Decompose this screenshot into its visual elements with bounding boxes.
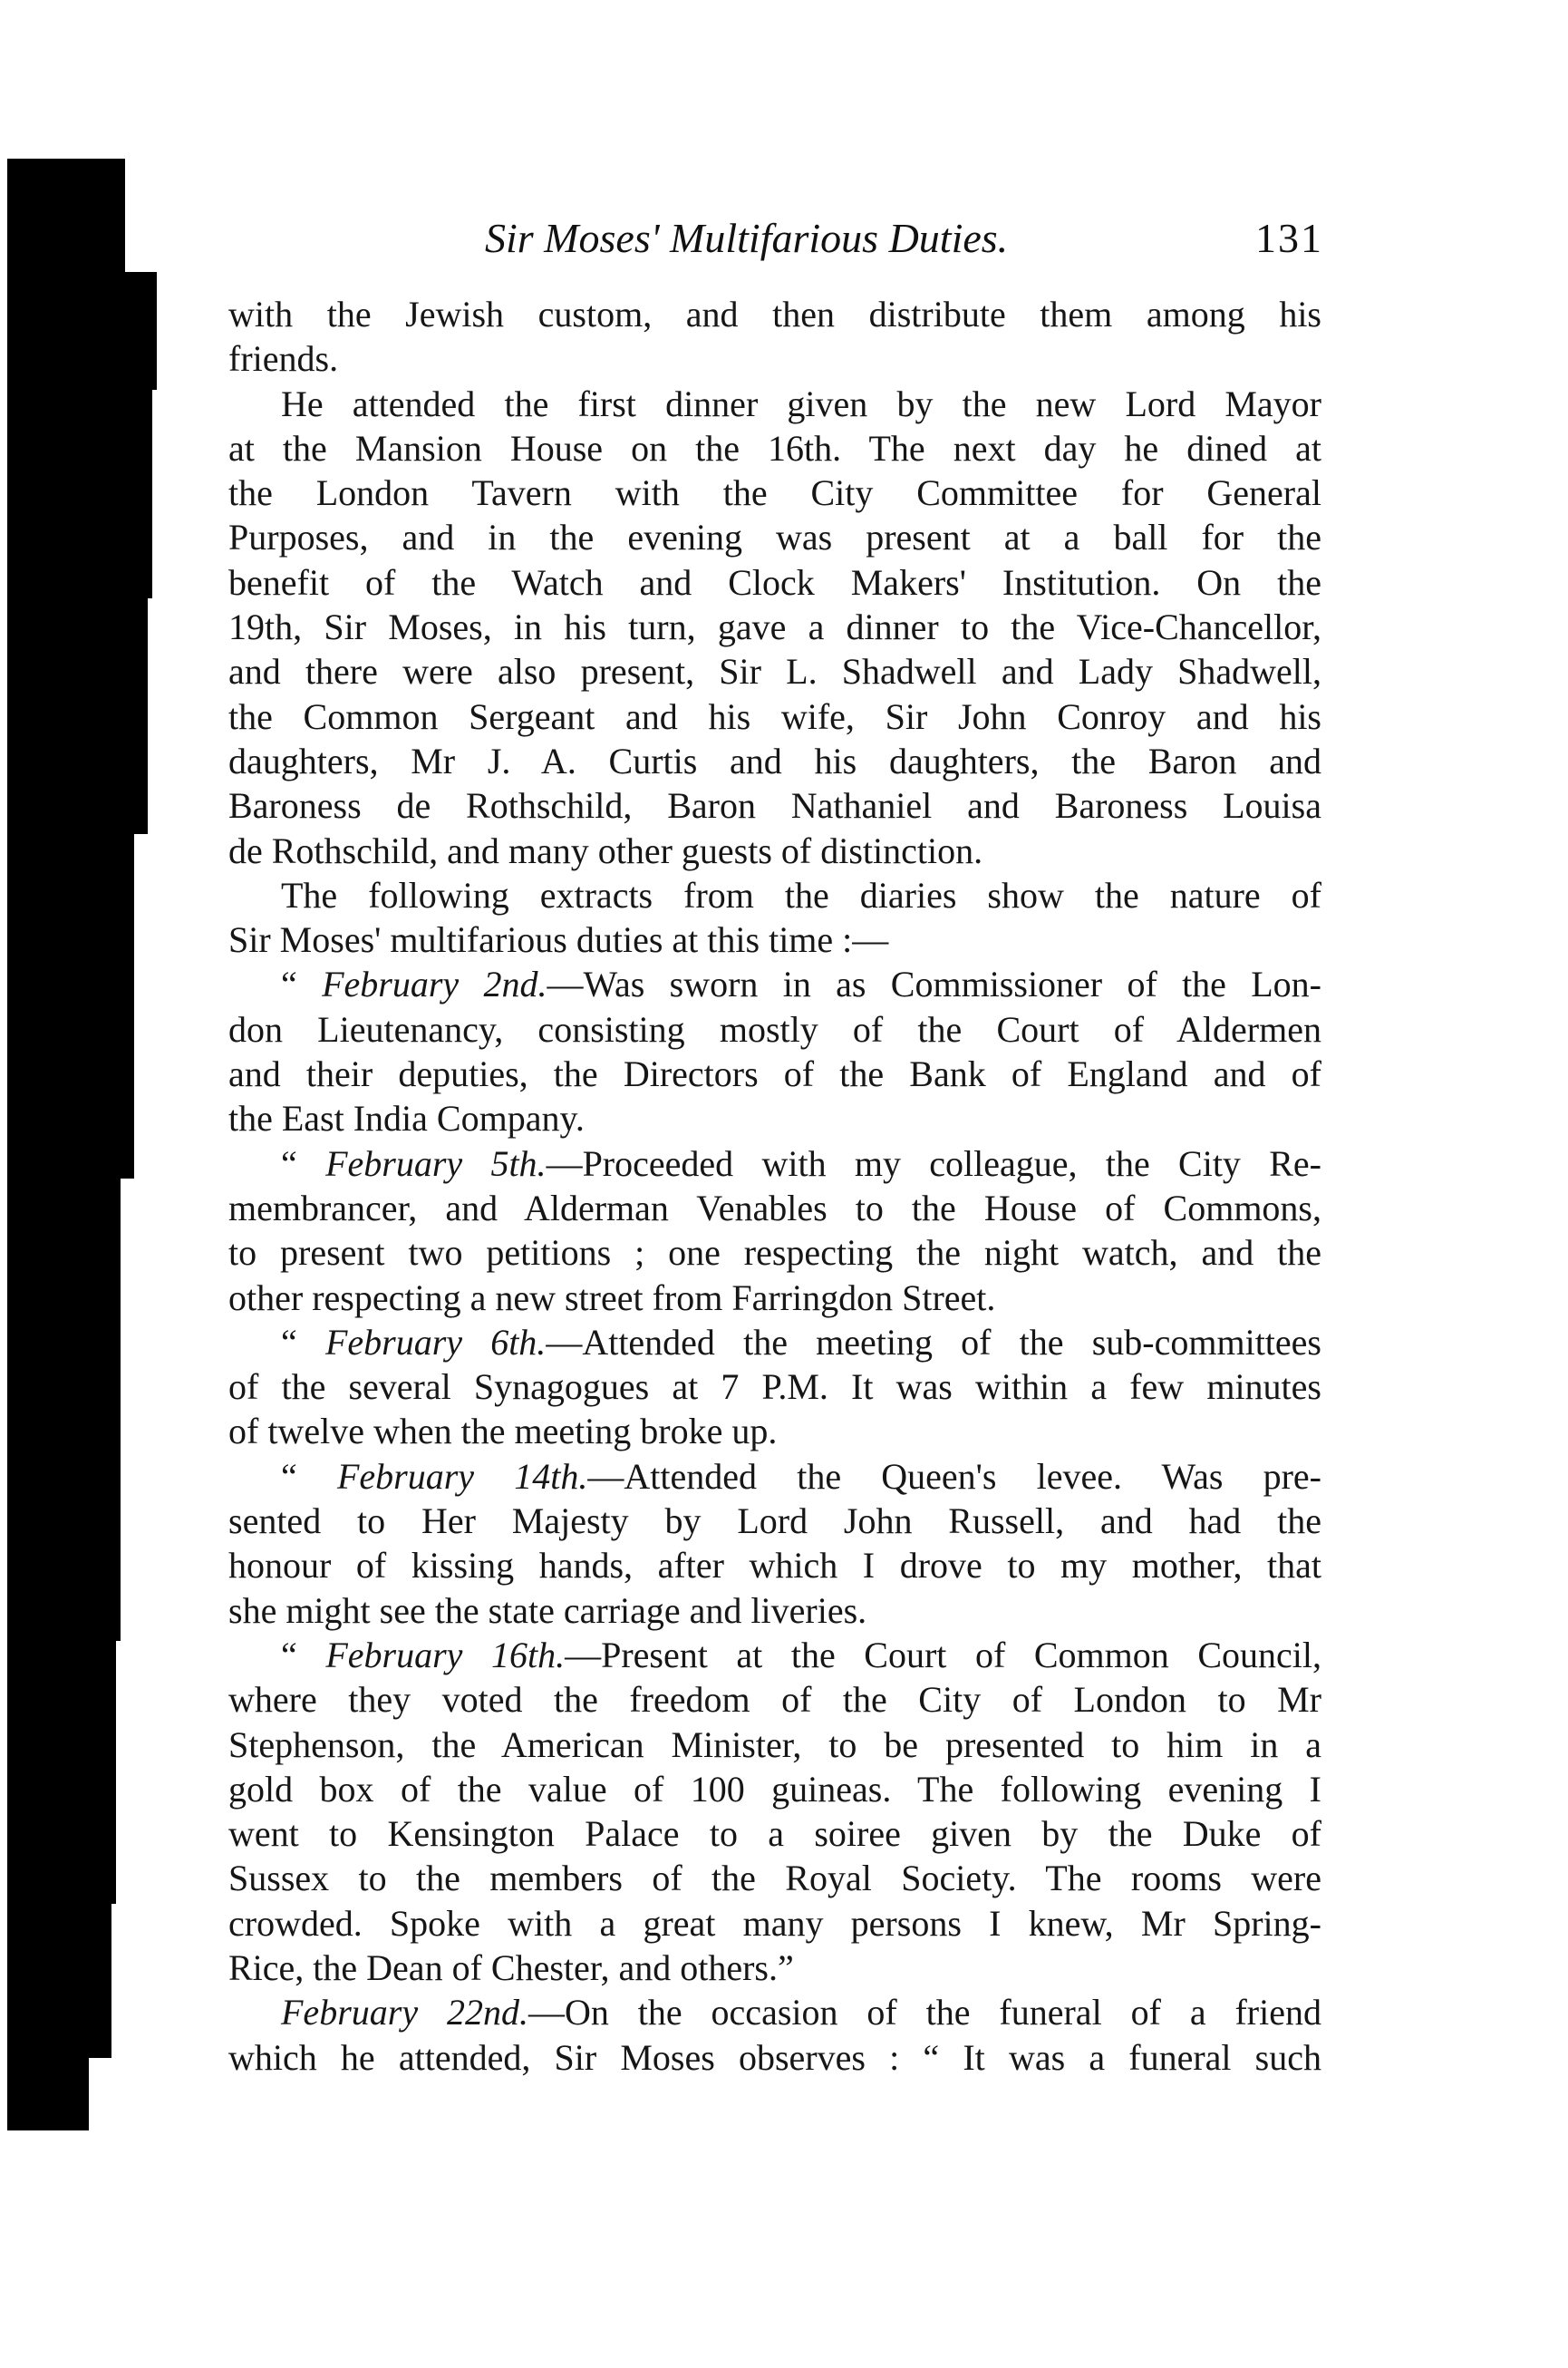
diary-entry-line: “ February 2nd.—Was sworn in as Commissi… (228, 962, 1321, 1006)
diary-date: February 22nd. (281, 1992, 528, 2033)
page-header: Sir Moses' Multifarious Duties. 131 (227, 214, 1323, 265)
diary-date: February 2nd. (322, 964, 547, 1004)
diary-entry-line: “ February 5th.—Proceeded with my collea… (228, 1141, 1321, 1186)
text-line: Rice, the Dean of Chester, and others.” (228, 1946, 1321, 1990)
text-line: at the Mansion House on the 16th. The ne… (228, 426, 1321, 471)
text-line: the London Tavern with the City Committe… (228, 471, 1321, 515)
text-line: friends. (228, 336, 1321, 381)
text-line: honour of kissing hands, after which I d… (228, 1543, 1321, 1587)
text-line: Baroness de Rothschild, Baron Nathaniel … (228, 783, 1321, 828)
text-line: she might see the state carriage and liv… (228, 1588, 1321, 1633)
text-line: daughters, Mr J. A. Curtis and his daugh… (228, 739, 1321, 783)
diary-entry-line: “ February 6th.—Attended the meeting of … (228, 1320, 1321, 1364)
text-line: 19th, Sir Moses, in his turn, gave a din… (228, 605, 1321, 649)
text-line: sented to Her Majesty by Lord John Russe… (228, 1499, 1321, 1543)
text-line: went to Kensington Palace to a soiree gi… (228, 1811, 1321, 1856)
diary-date: February 16th. (325, 1635, 565, 1675)
text-line: other respecting a new street from Farri… (228, 1276, 1321, 1320)
text-line: and there were also present, Sir L. Shad… (228, 649, 1321, 694)
text-line: of twelve when the meeting broke up. (228, 1409, 1321, 1453)
text-line: of the several Synagogues at 7 P.M. It w… (228, 1364, 1321, 1409)
diary-entry-line: February 22nd.—On the occasion of the fu… (228, 1990, 1321, 2034)
page-body: with the Jewish custom, and then distrib… (228, 292, 1321, 2080)
text-line: and their deputies, the Directors of the… (228, 1052, 1321, 1096)
diary-date: February 5th. (325, 1143, 547, 1184)
text-line: don Lieutenancy, consisting mostly of th… (228, 1007, 1321, 1052)
diary-entry-line: “ February 14th.—Attended the Queen's le… (228, 1454, 1321, 1499)
diary-date: February 6th. (325, 1322, 546, 1363)
text-line: membrancer, and Alderman Venables to the… (228, 1186, 1321, 1230)
text-line: Stephenson, the American Minister, to be… (228, 1723, 1321, 1767)
diary-entry-line: “ February 16th.—Present at the Court of… (228, 1633, 1321, 1677)
running-title: Sir Moses' Multifarious Duties. (485, 214, 1008, 262)
text-line: with the Jewish custom, and then distrib… (228, 292, 1321, 336)
diary-date: February 14th. (337, 1456, 587, 1497)
text-line: de Rothschild, and many other guests of … (228, 829, 1321, 873)
text-line: Purposes, and in the evening was present… (228, 515, 1321, 559)
text-line: He attended the first dinner given by th… (228, 382, 1321, 426)
page-number: 131 (1255, 214, 1323, 262)
text-line: which he attended, Sir Moses observes : … (228, 2035, 1321, 2080)
text-line: to present two petitions ; one respectin… (228, 1230, 1321, 1275)
text-line: the East India Company. (228, 1096, 1321, 1140)
text-line: crowded. Spoke with a great many persons… (228, 1901, 1321, 1946)
text-line: the Common Sergeant and his wife, Sir Jo… (228, 694, 1321, 739)
text-line: The following extracts from the diaries … (228, 873, 1321, 917)
text-line: where they voted the freedom of the City… (228, 1677, 1321, 1722)
text-line: Sir Moses' multifarious duties at this t… (228, 917, 1321, 962)
text-line: benefit of the Watch and Clock Makers' I… (228, 560, 1321, 605)
text-line: Sussex to the members of the Royal Socie… (228, 1856, 1321, 1900)
text-line: gold box of the value of 100 guineas. Th… (228, 1767, 1321, 1811)
